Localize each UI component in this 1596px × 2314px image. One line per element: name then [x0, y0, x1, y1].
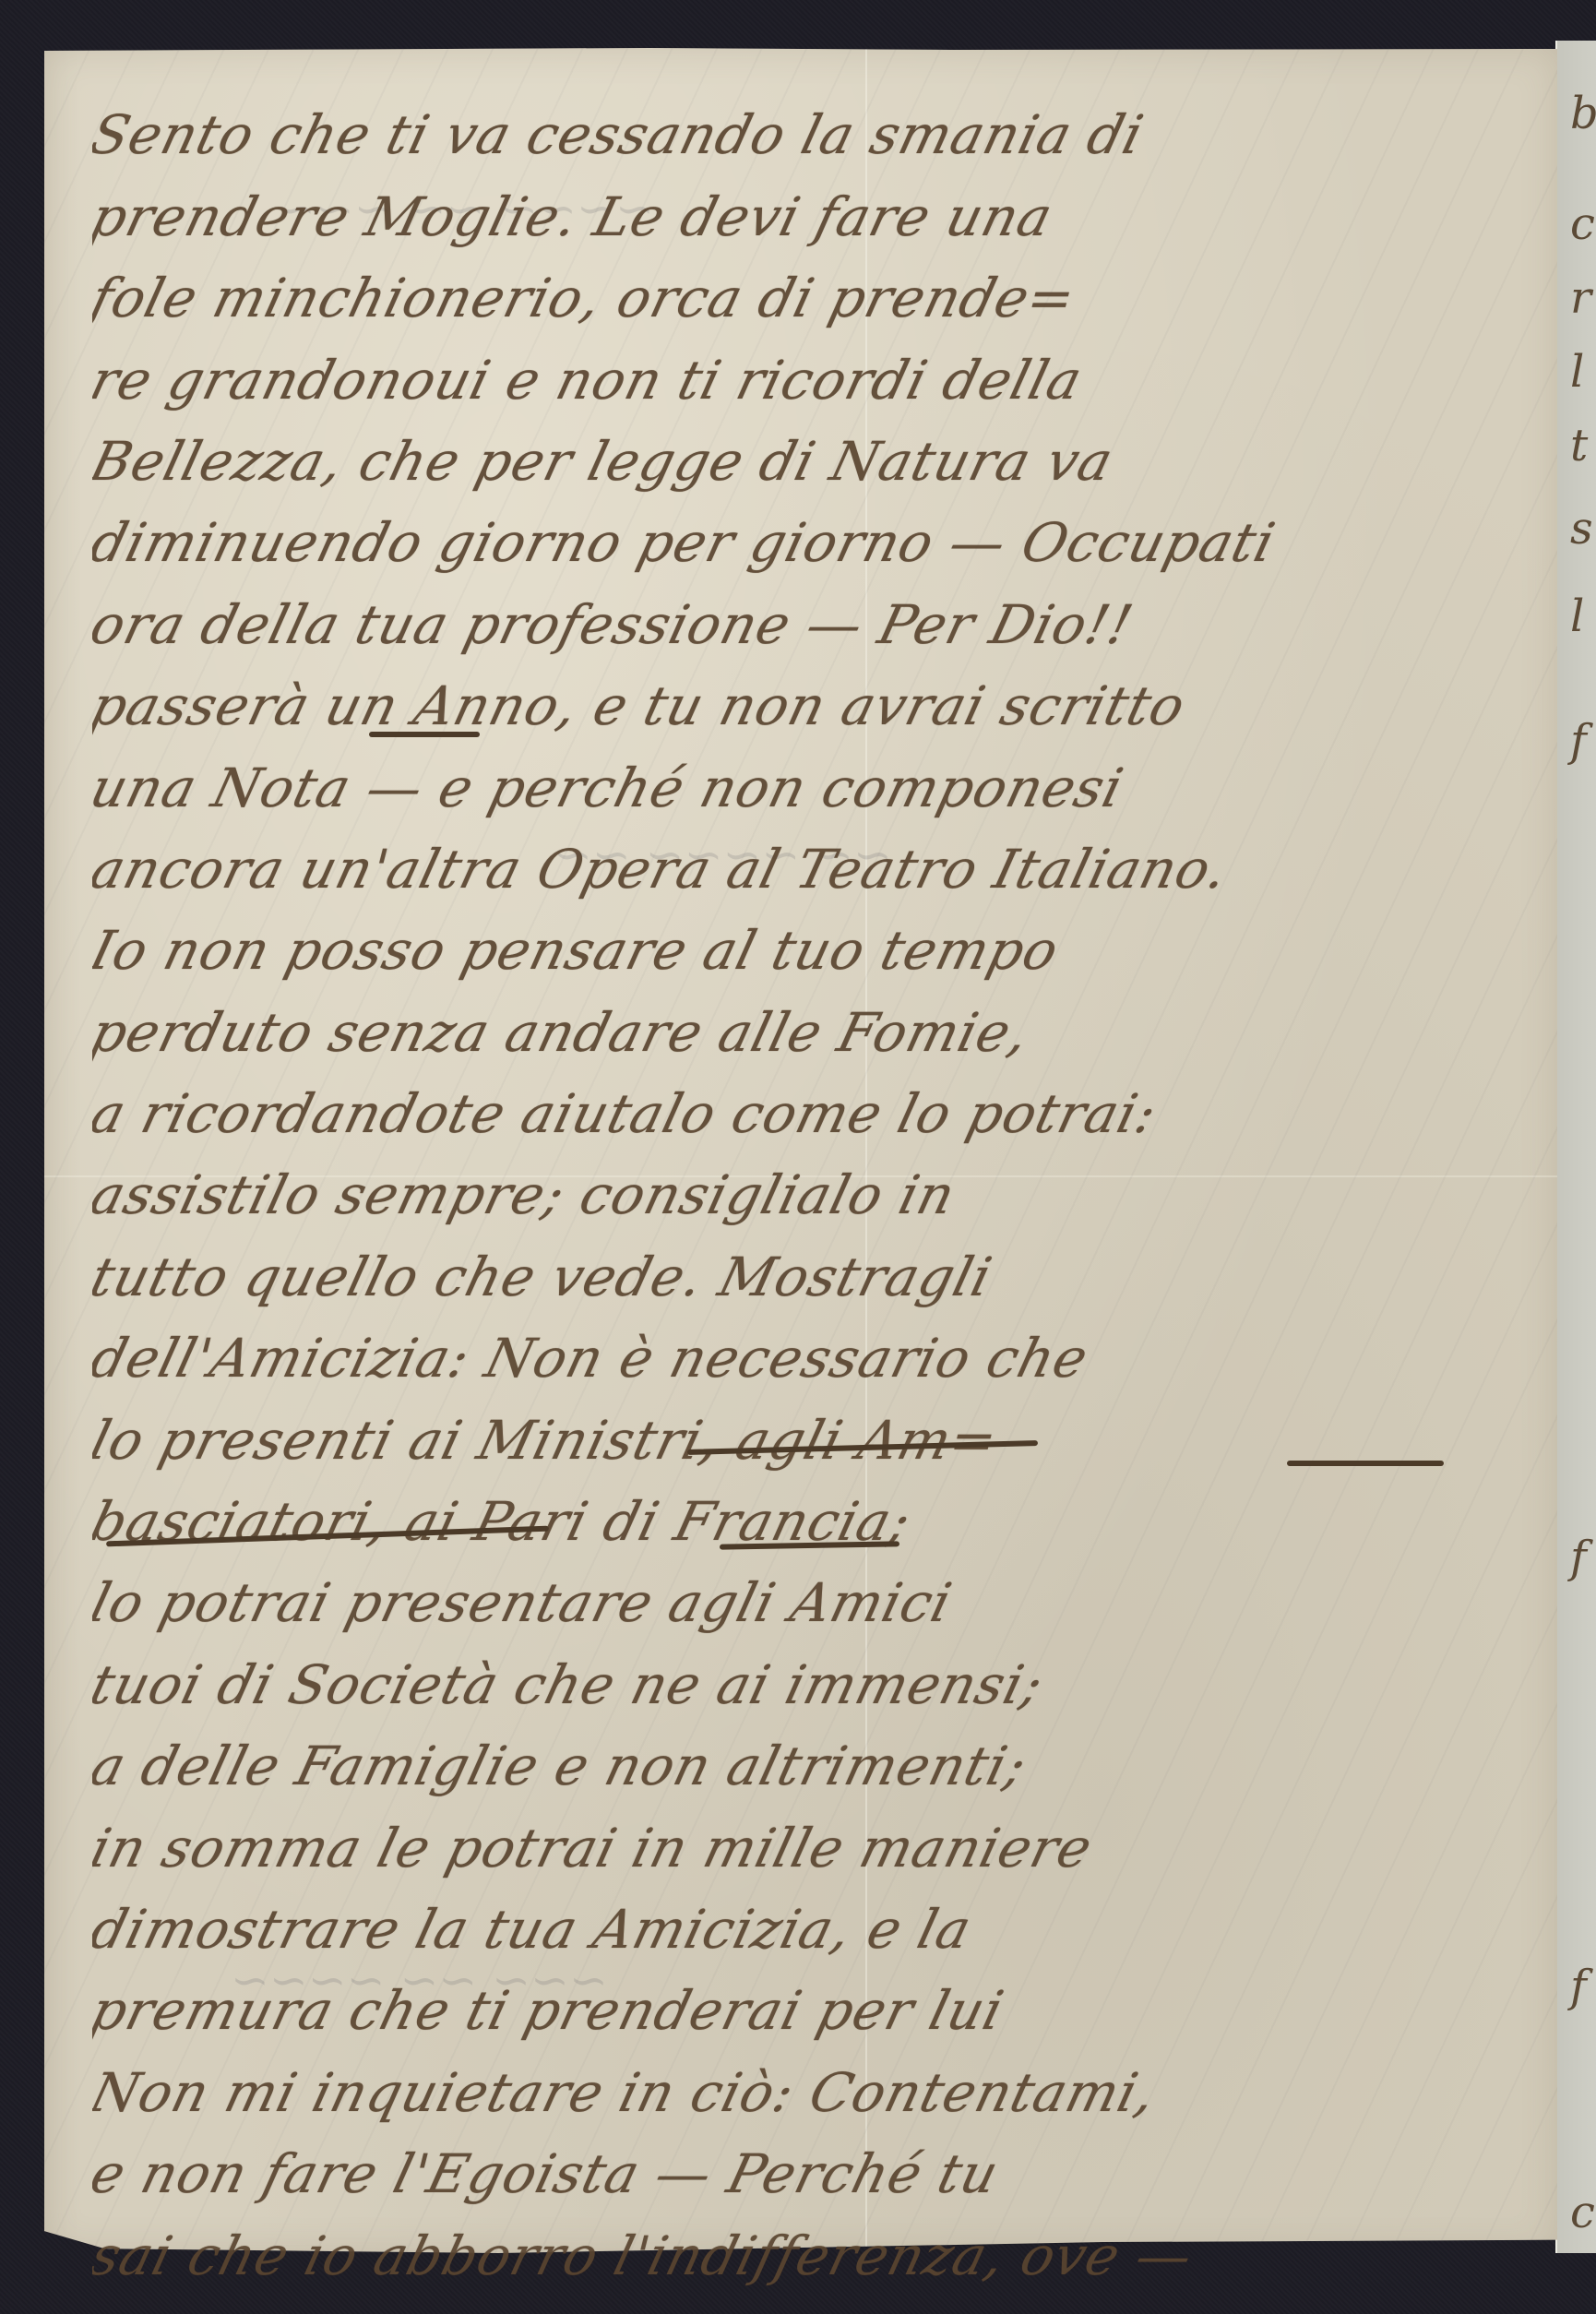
edge-glyph: f [1570, 1535, 1587, 1580]
underline-anno [369, 732, 480, 737]
text-line: Sento che ti va cessando la smania di [92, 85, 1559, 166]
text-line: premura che ti prenderai per lui [92, 1961, 1559, 2042]
edge-glyph: l [1570, 350, 1584, 394]
text-line: dimostrare la tua Amicizia, e la [92, 1879, 1559, 1961]
text-line: dell'Amicizia: Non è necessario che [92, 1308, 1559, 1390]
text-line: a delle Famiglie e non altrimenti; [92, 1716, 1559, 1797]
edge-glyph: f [1570, 1964, 1587, 2009]
text-line: Non mi inquietare in ciò: Contentami, [92, 2042, 1559, 2123]
text-line: ora della tua professione — Per Dio!! [92, 574, 1559, 655]
text-line: lo presenti ai Ministri, agli Am= [92, 1390, 1559, 1471]
text-line: re grandonoui e non ti ricordi della [92, 329, 1559, 411]
text-line: tuoi di Società che ne ai immensi; [92, 1634, 1559, 1715]
text-line: tutto quello che vede. Mostragli [92, 1226, 1559, 1307]
text-line: fole minchionerio, orca di prende= [92, 248, 1559, 329]
text-line: basciatori, ai Pari di Francia; [92, 1472, 1559, 1553]
text-line: in somma le potrai in mille maniere [92, 1797, 1559, 1879]
edge-glyph: f [1570, 719, 1587, 763]
text-line: una Nota — e perché non componesi [92, 737, 1559, 818]
edge-glyph: r [1570, 276, 1591, 320]
text-line: a ricordandote aiutalo come lo potrai: [92, 1064, 1559, 1145]
edge-glyph: c [1570, 202, 1595, 246]
text-line: diminuendo giorno per giorno — Occupati [92, 493, 1559, 574]
edge-glyph: c [1570, 2190, 1595, 2235]
edge-glyph: s [1570, 507, 1593, 551]
edge-glyph: b [1570, 91, 1596, 136]
edge-glyph: t [1570, 423, 1588, 468]
text-line: ancora un'altra Opera al Teatro Italiano… [92, 819, 1559, 901]
text-line: perduto senza andare alle Fomie, [92, 982, 1559, 1063]
next-page-edge: b c r l t s l f f f c [1555, 41, 1596, 2253]
text-line: lo potrai presentare agli Amici [92, 1553, 1559, 1634]
edge-glyph: l [1570, 594, 1584, 638]
text-line: Io non posso pensare al tuo tempo [92, 901, 1559, 982]
text-line: Bellezza, che per legge di Natura va [92, 412, 1559, 493]
text-line: prendere Moglie. Le devi fare una [92, 166, 1559, 247]
text-line: e non fare l'Egoista — Perché tu [92, 2124, 1559, 2205]
underline-am [1287, 1461, 1444, 1466]
text-line: passerà un Anno, e tu non avrai scritto [92, 656, 1559, 737]
text-line: assistilo sempre; consiglialo in [92, 1145, 1559, 1226]
text-line: sai che io abborro l'indifferenza, ove — [92, 2205, 1559, 2286]
handwritten-text-block: Sento che ti va cessando la smania di pr… [92, 85, 1559, 2287]
